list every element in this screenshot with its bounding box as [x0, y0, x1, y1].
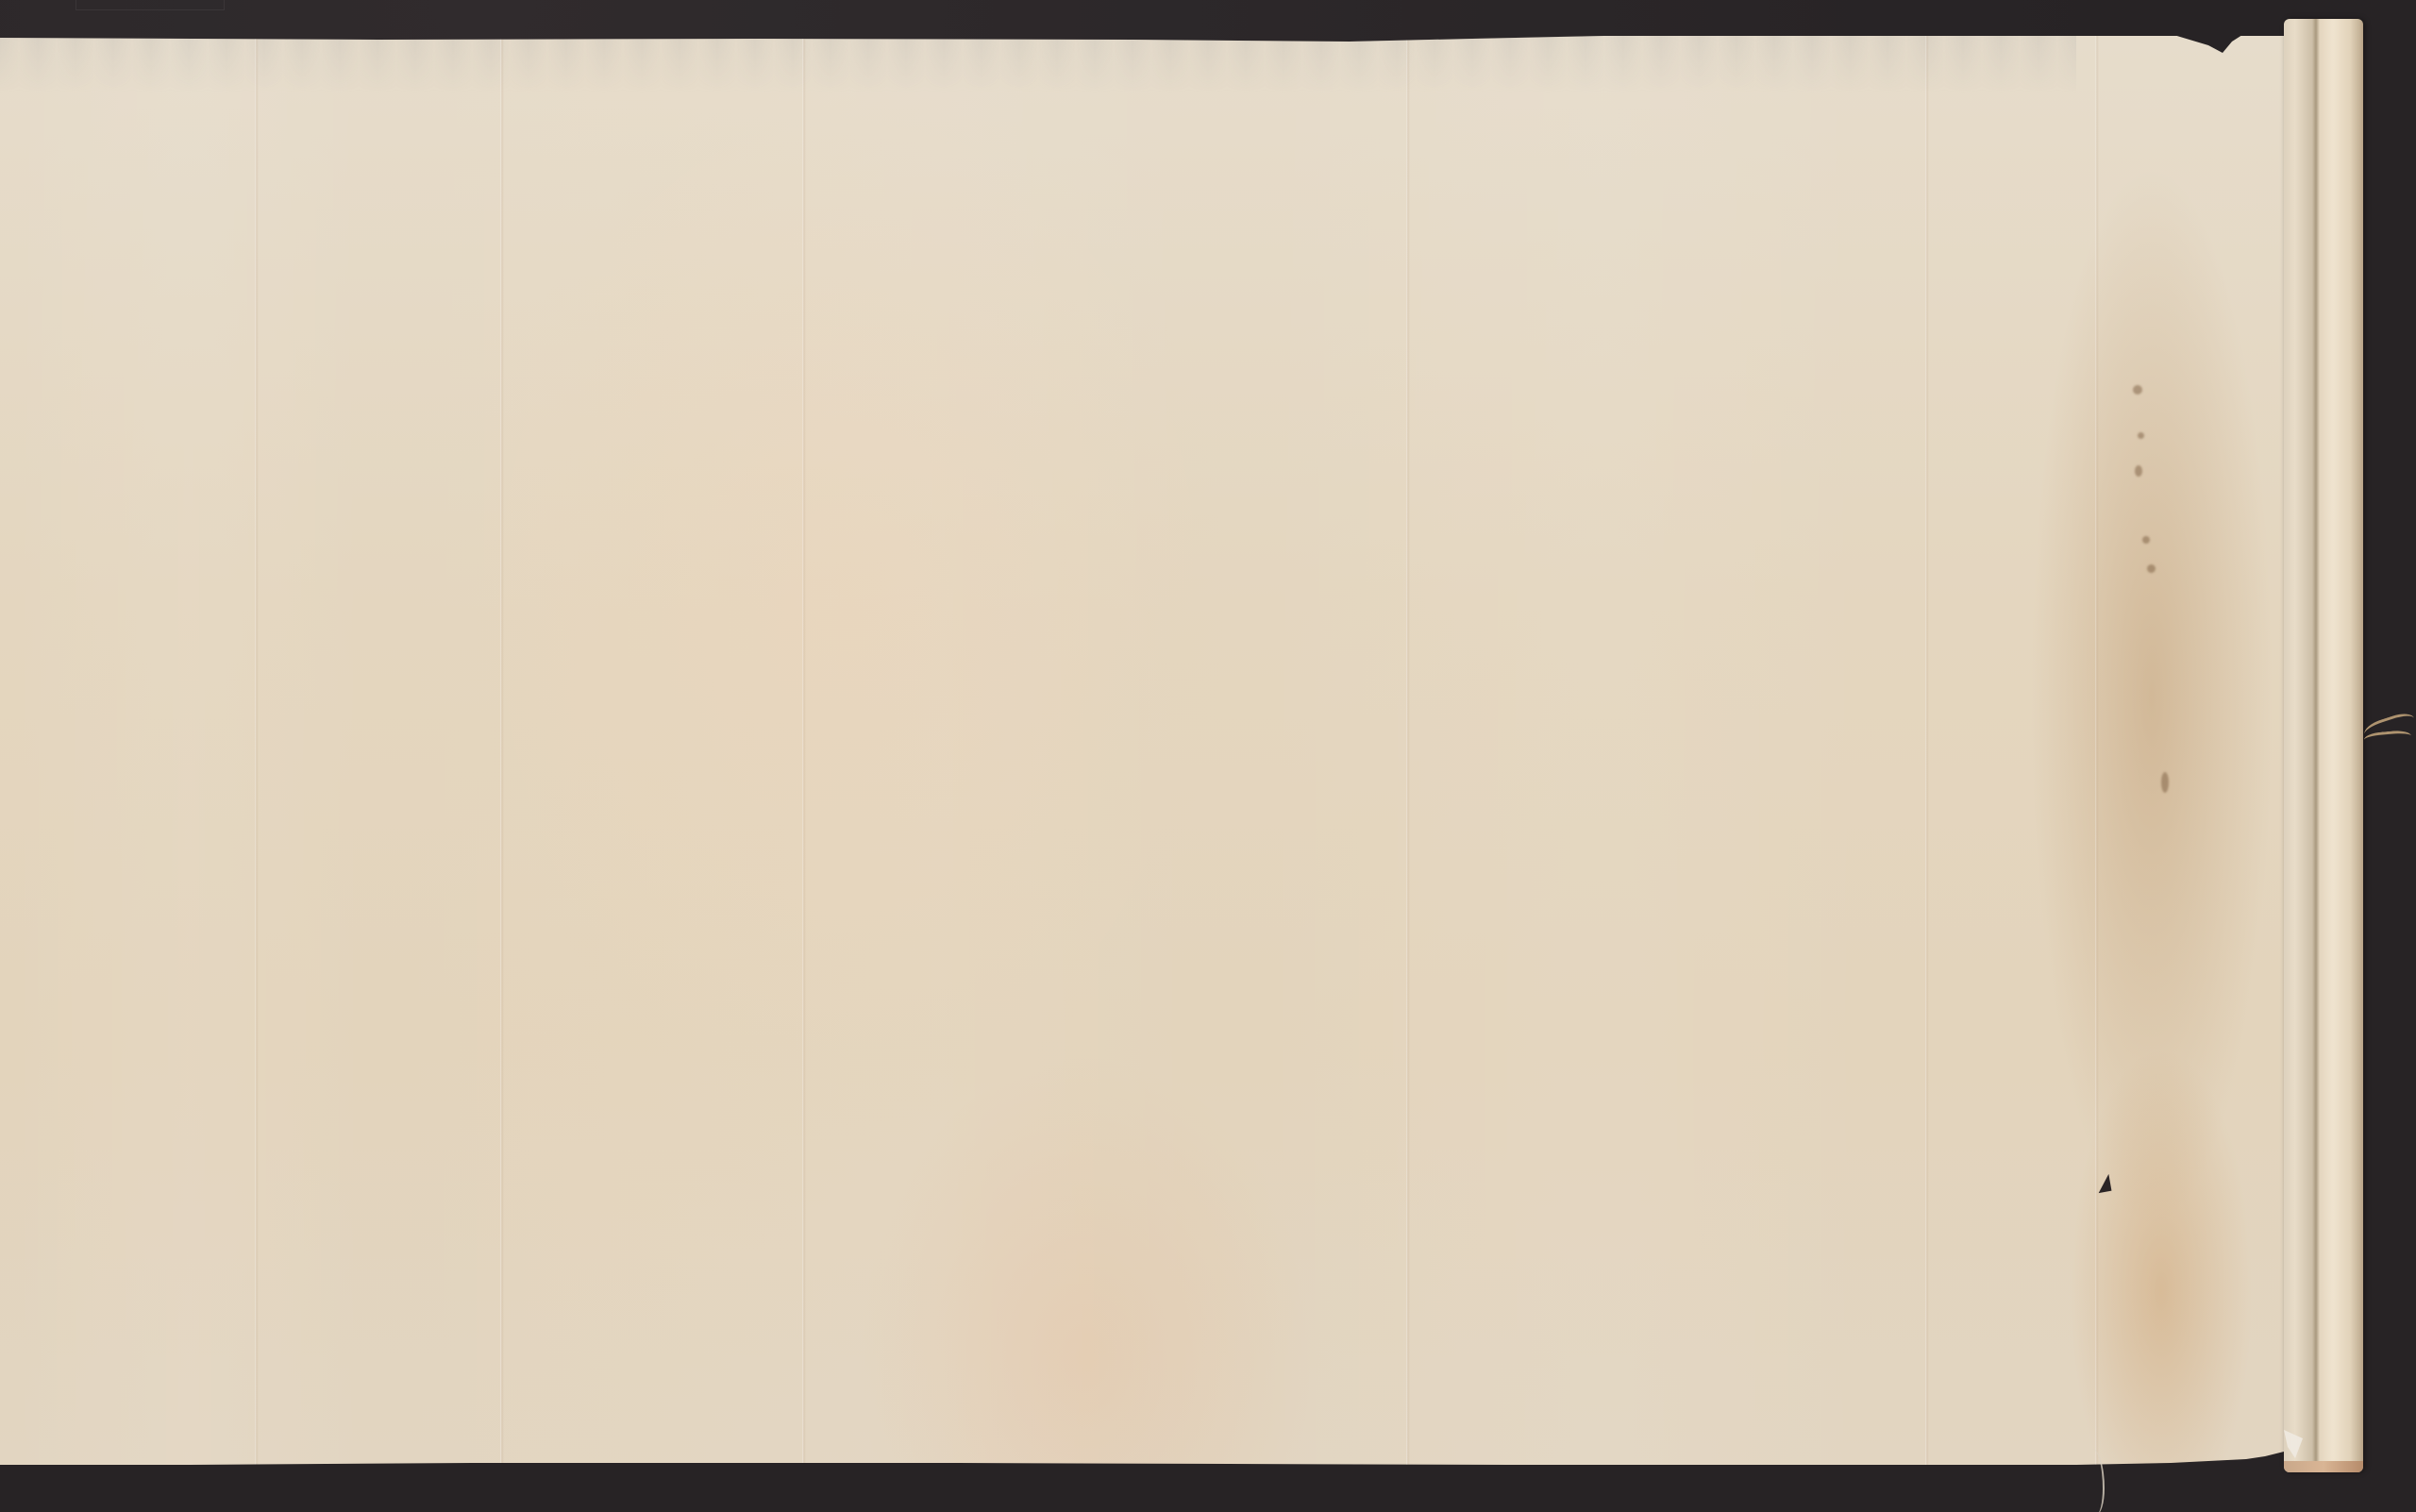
stain-spot: [2147, 564, 2156, 573]
fold-line: [1925, 36, 1929, 1468]
stain-spot: [2142, 536, 2150, 544]
roller-end-cap: [2284, 1461, 2363, 1472]
stain-spot: [2133, 385, 2142, 395]
fold-line: [500, 36, 504, 1468]
fold-line: [802, 36, 806, 1468]
fold-line: [255, 36, 259, 1468]
top-tide-band: [0, 36, 2076, 92]
torn-notch: [2096, 1174, 2112, 1193]
stain-spot: [2135, 465, 2142, 477]
stain-spot: [2138, 432, 2144, 439]
stain-spot: [2161, 772, 2169, 793]
faint-frame-outline: [75, 0, 225, 10]
scroll-roller-rod: [2284, 19, 2363, 1472]
fold-line: [2095, 36, 2099, 1468]
scroll-paper: [0, 36, 2326, 1468]
fold-line: [1406, 36, 1410, 1468]
